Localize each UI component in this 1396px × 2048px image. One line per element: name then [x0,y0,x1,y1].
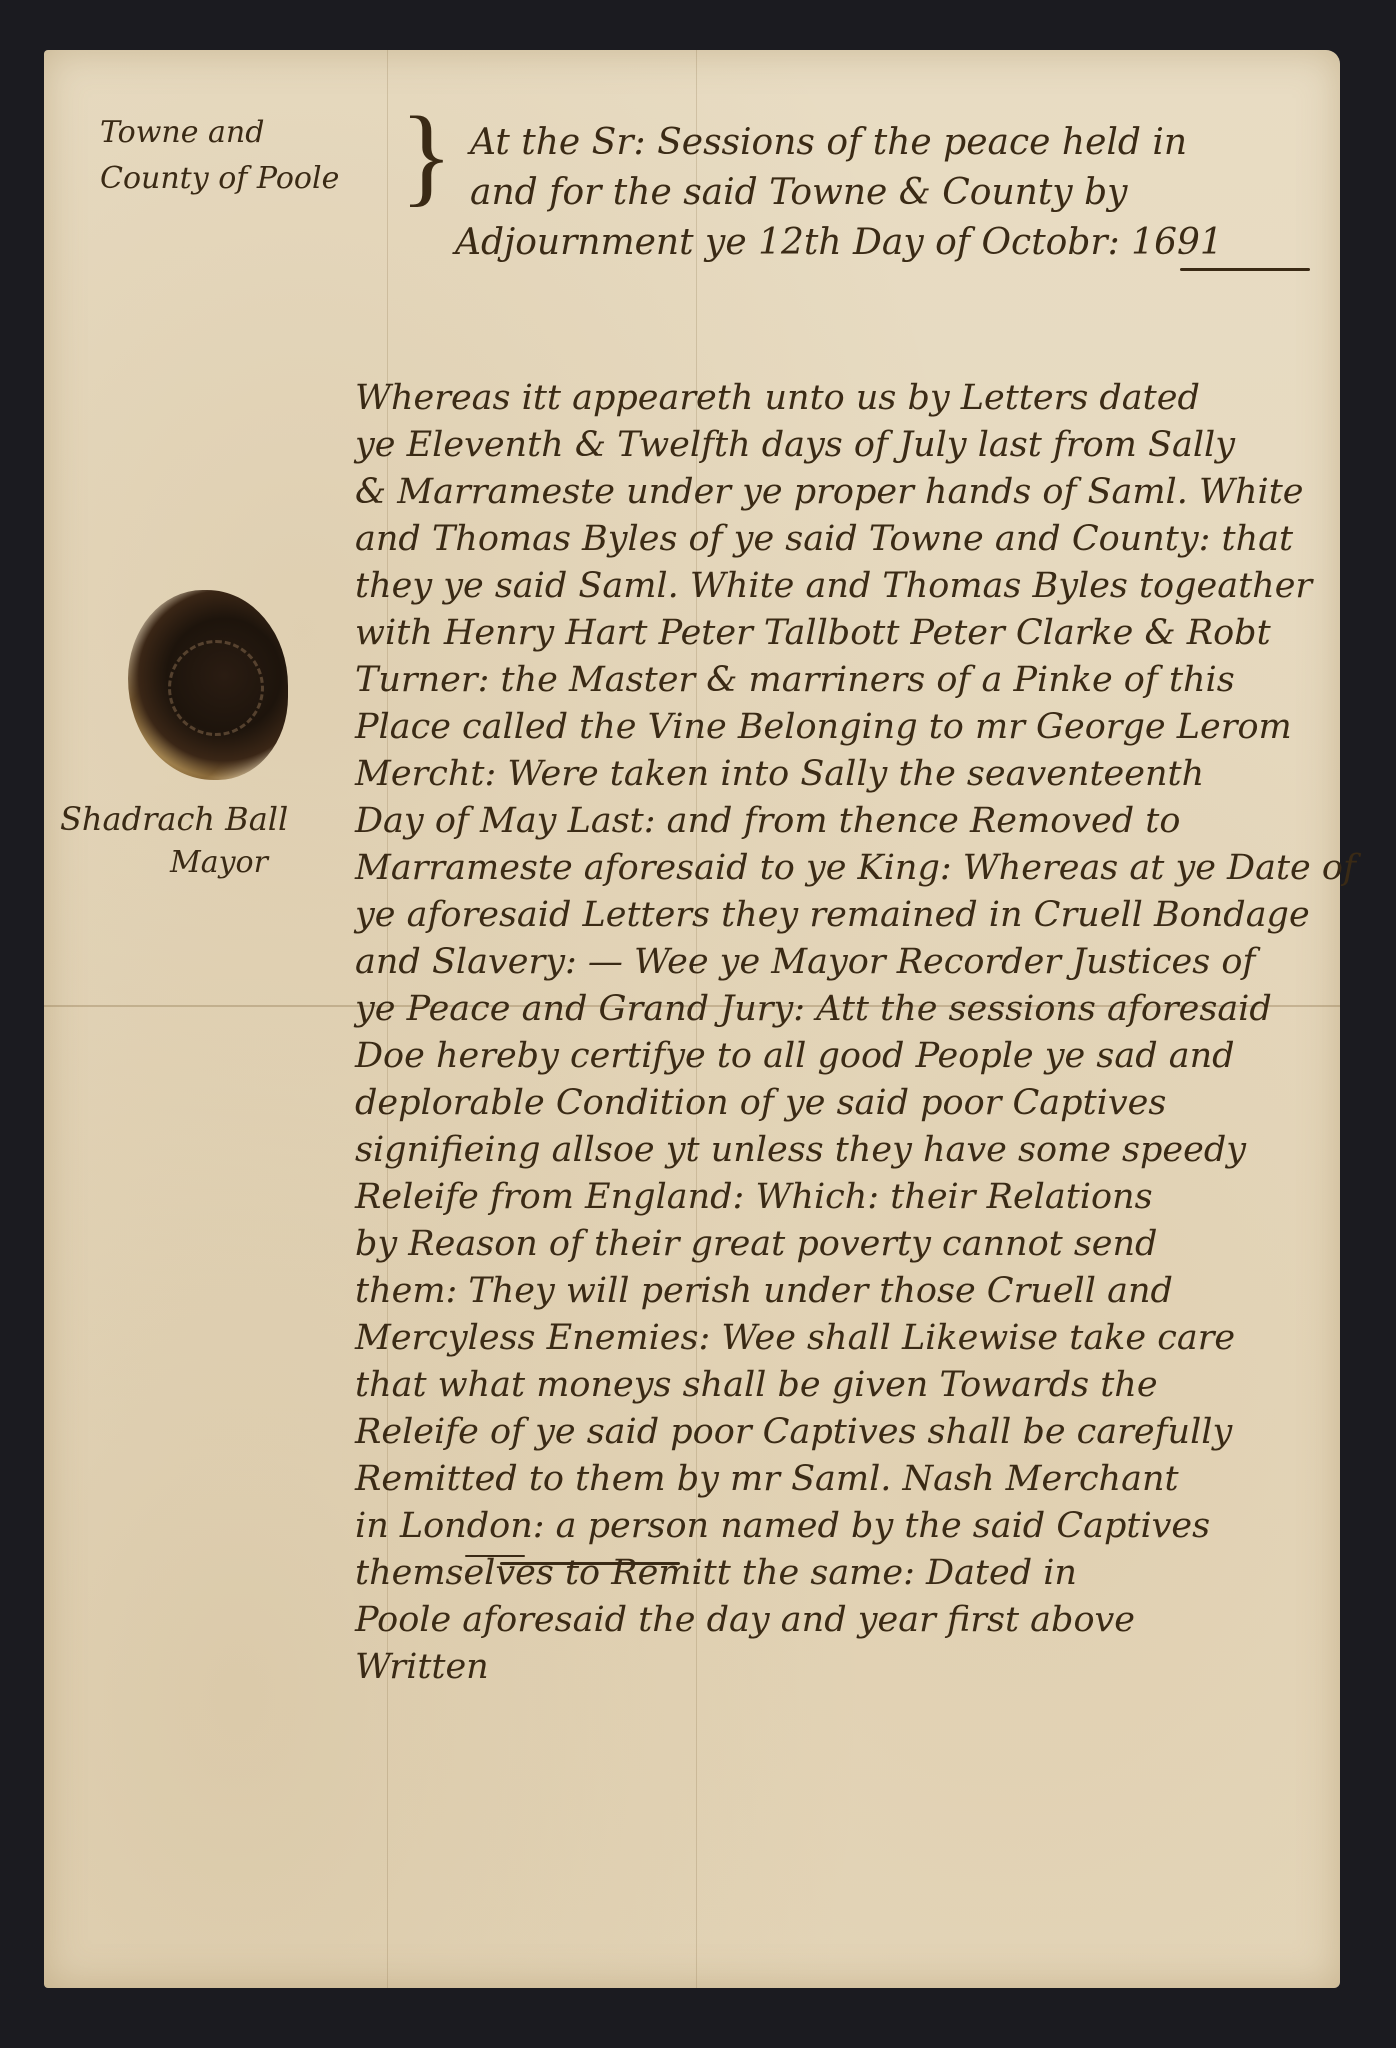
body-line: & Marrameste under ye proper hands of Sa… [355,472,1304,512]
heading-underline [1180,268,1310,271]
signature-name: Shadrach Ball [60,800,288,838]
body-line: and Thomas Byles of ye said Towne and Co… [355,519,1293,559]
margin-heading: Towne and County of Poole [100,110,339,202]
body-line: Day of May Last: and from thence Removed… [355,801,1180,841]
body-line: with Henry Hart Peter Tallbott Peter Cla… [355,613,1271,653]
body-line: Releife from England: Which: their Relat… [355,1177,1153,1217]
body-line: Turner: the Master & marriners of a Pink… [355,660,1235,700]
body-line: Poole aforesaid the day and year first a… [355,1600,1135,1640]
body-line: Mercyless Enemies: Wee shall Likewise ta… [355,1318,1235,1358]
body-line: Remitted to them by mr Saml. Nash Mercha… [355,1459,1179,1499]
heading-line-3: Adjournment ye 12th Day of Octobr: 1691 [455,222,1223,263]
closing-flourish [465,1555,525,1557]
body-line: that what moneys shall be given Towards … [355,1365,1158,1405]
body-line: deplorable Condition of ye said poor Cap… [355,1083,1166,1123]
body-line: by Reason of their great poverty cannot … [355,1224,1157,1264]
body-line: them: They will perish under those Cruel… [355,1271,1173,1311]
body-line: ye Peace and Grand Jury: Att the session… [355,989,1272,1029]
body-line: ye Eleventh & Twelfth days of July last … [355,425,1235,465]
body-line: Written [355,1647,489,1687]
closing-flourish [500,1562,680,1565]
body-line: in London: a person named by the said Ca… [355,1506,1210,1546]
body-line: Marrameste aforesaid to ye King: Whereas… [355,848,1356,888]
brace-mark: } [400,100,453,210]
body-line: Mercht: Were taken into Sally the seaven… [355,754,1204,794]
margin-heading-line: Towne and [100,110,339,156]
heading-line-2: and for the said Towne & County by [470,172,1127,213]
body-line: ye aforesaid Letters they remained in Cr… [355,895,1310,935]
body-line: Doe hereby certifye to all good People y… [355,1036,1235,1076]
body-line: signifieing allsoe yt unless they have s… [355,1130,1246,1170]
body-line: Place called the Vine Belonging to mr Ge… [355,707,1292,747]
seal-impression [168,640,264,736]
heading-line-1: At the Sr: Sessions of the peace held in [470,122,1187,163]
margin-heading-line: County of Poole [100,156,339,202]
body-line: Releife of ye said poor Captives shall b… [355,1412,1232,1452]
body-line: themselves to Remitt the same: Dated in [355,1553,1077,1593]
body-line: they ye said Saml. White and Thomas Byle… [355,566,1312,606]
body-line: Whereas itt appeareth unto us by Letters… [355,378,1200,418]
signature-title: Mayor [170,845,268,880]
body-line: and Slavery: — Wee ye Mayor Recorder Jus… [355,942,1255,982]
